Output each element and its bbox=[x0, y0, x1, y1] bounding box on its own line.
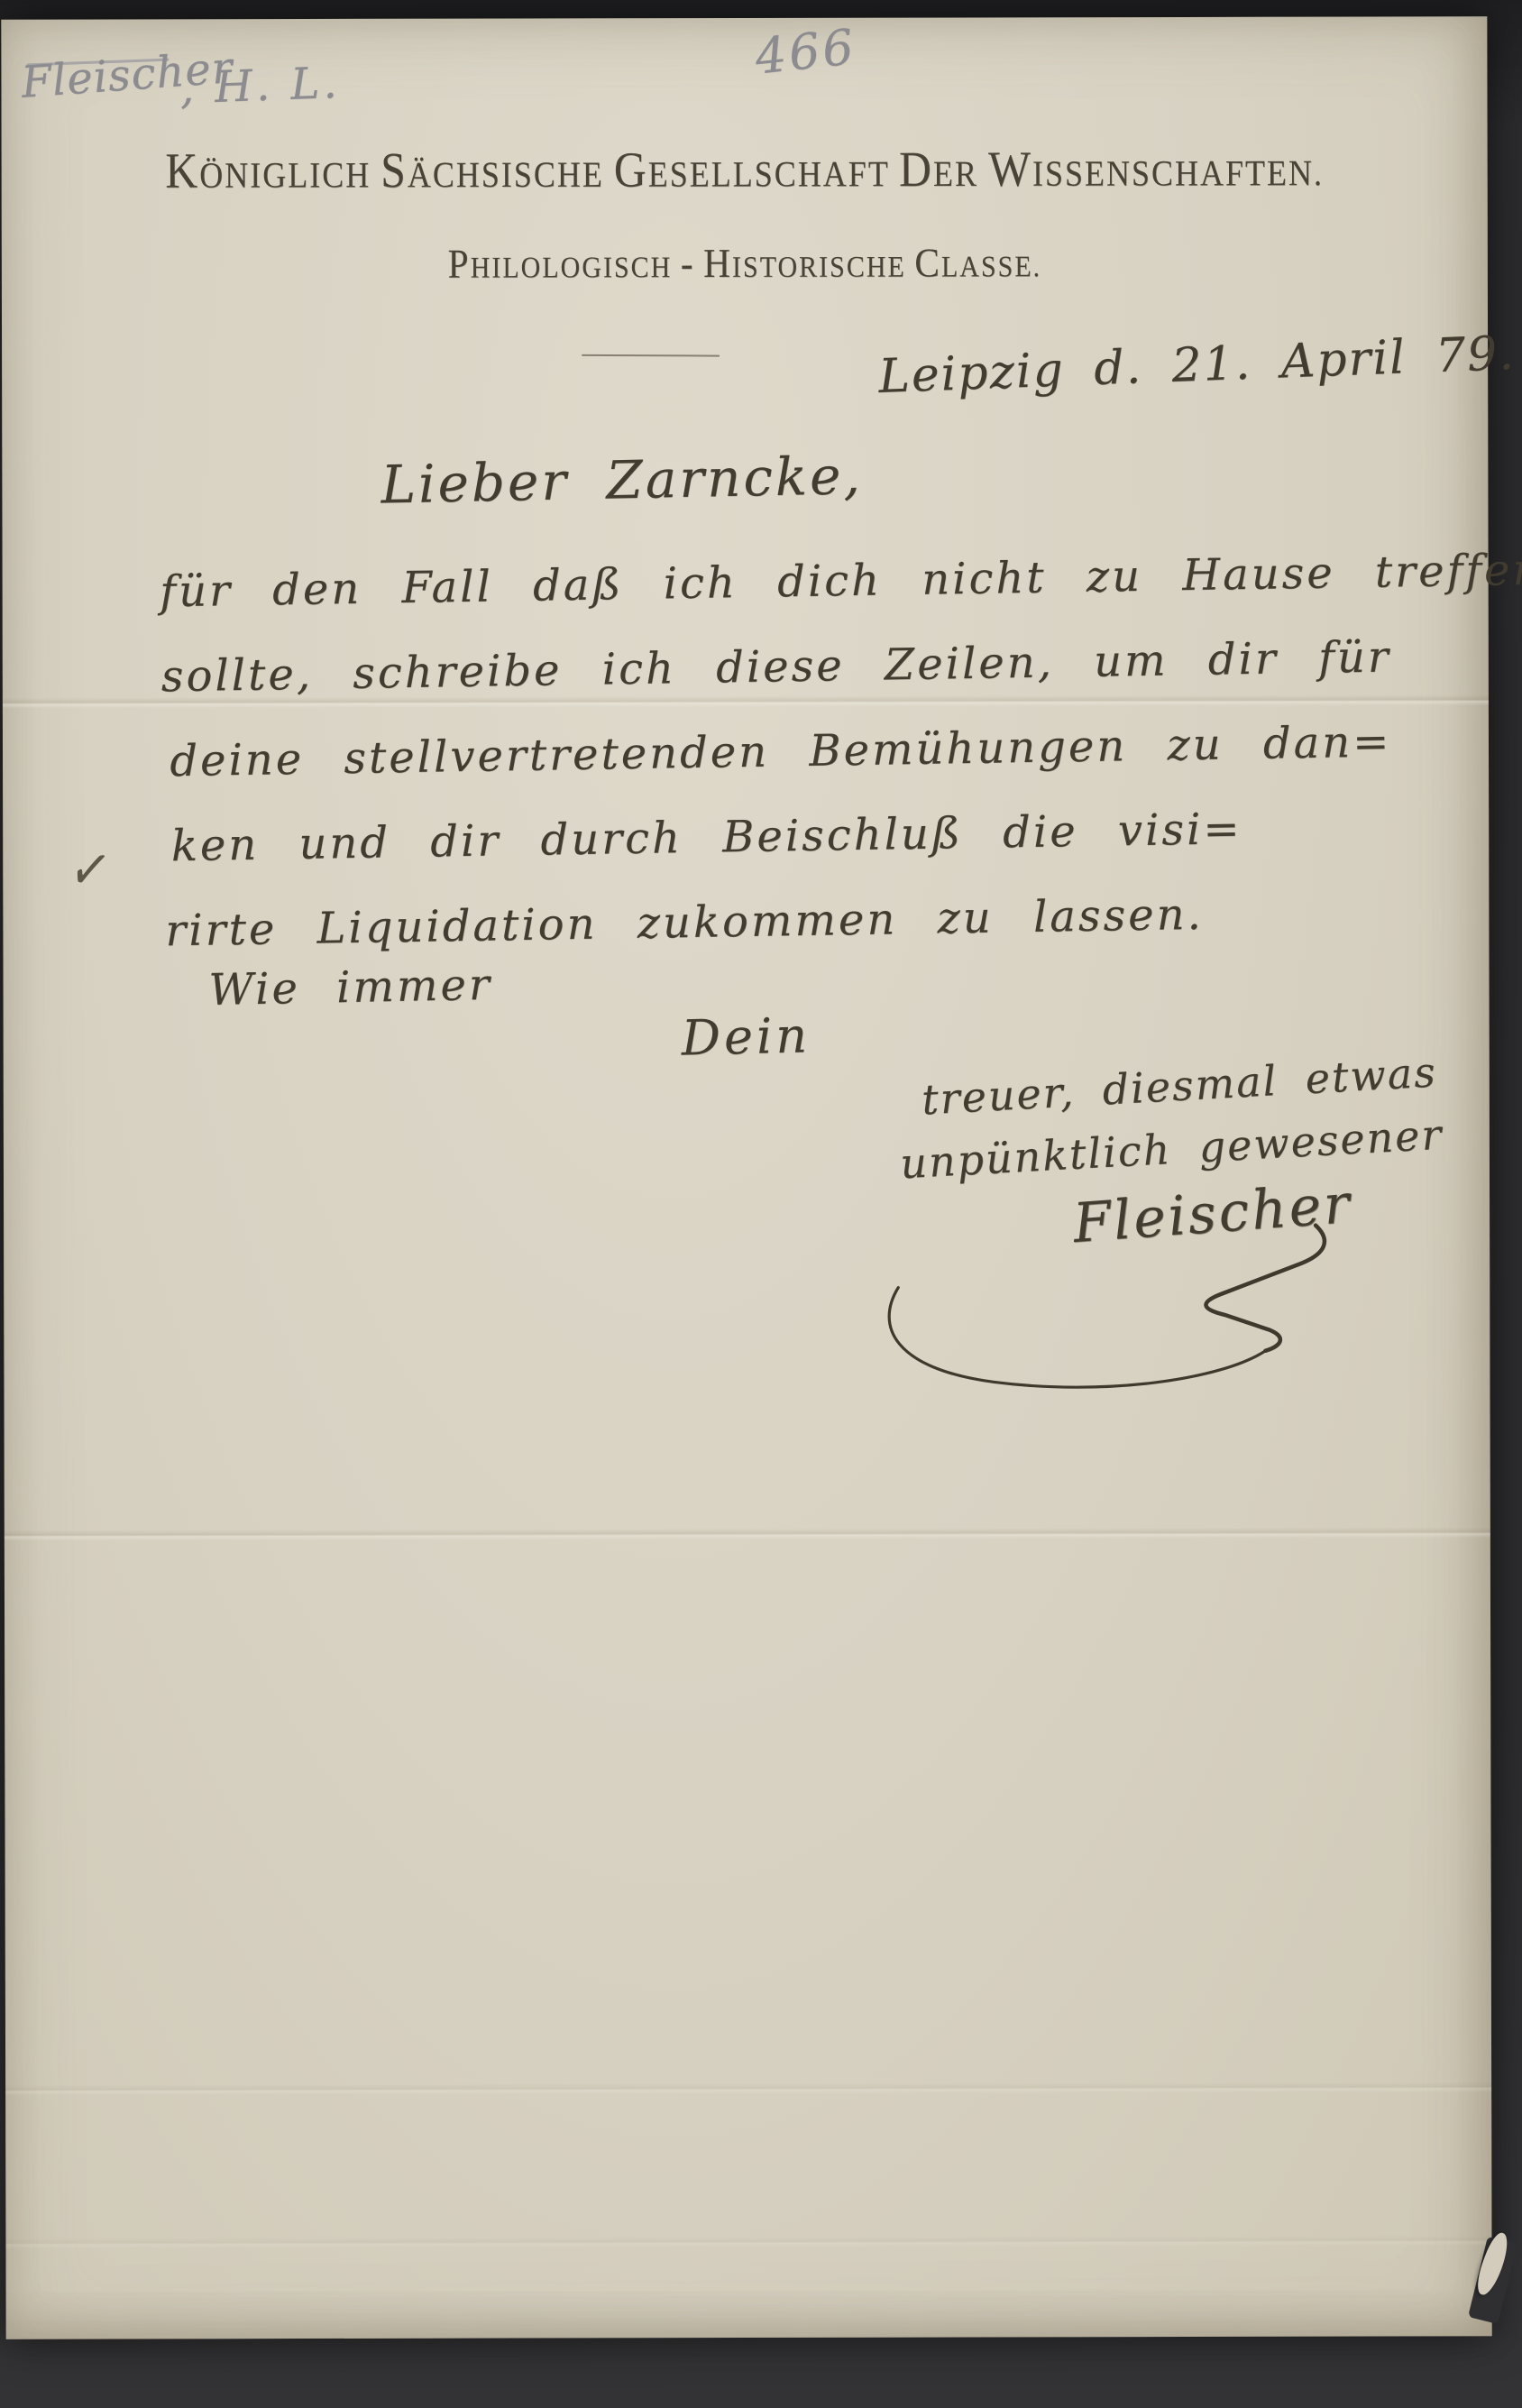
signature-flourish bbox=[867, 1218, 1372, 1413]
letterhead-class-name: PHILOLOGISCH - HISTORISCHE CLASSE. bbox=[448, 251, 1042, 286]
margin-tick-mark: ✓ bbox=[65, 832, 116, 906]
valediction-pronoun: Dein bbox=[681, 1006, 811, 1066]
scanned-letter-page: { "pencil_annotations": { "name": "Fleis… bbox=[0, 0, 1522, 2408]
closing-phrase-line2: unpünktlich gewesener bbox=[899, 1110, 1444, 1189]
folio-number: 466 bbox=[752, 18, 858, 86]
dateline: Leipzig d. 21. April 79. bbox=[877, 326, 1517, 404]
valediction: Wie immer bbox=[208, 960, 492, 1016]
letterhead-society-name: KÖNIGLICH SÄCHSISCHE GESELLSCHAFT DER WI… bbox=[165, 152, 1324, 197]
fold-crease bbox=[5, 2082, 1491, 2095]
letter-paper: Fleischer , H. L. 466 KÖNIGLICH SÄCHSISC… bbox=[1, 16, 1491, 2339]
pencil-annotation-initials: , H. L. bbox=[179, 58, 341, 115]
letterhead-divider-rule bbox=[582, 354, 720, 357]
letter-body: für den Fall daß ich dich nicht zu Hause… bbox=[160, 528, 1522, 974]
salutation: Lieber Zarncke, bbox=[380, 445, 864, 515]
fold-crease bbox=[5, 2235, 1491, 2248]
fold-crease bbox=[5, 1527, 1490, 1540]
closing-phrase-line1: treuer, diesmal etwas bbox=[921, 1047, 1438, 1124]
